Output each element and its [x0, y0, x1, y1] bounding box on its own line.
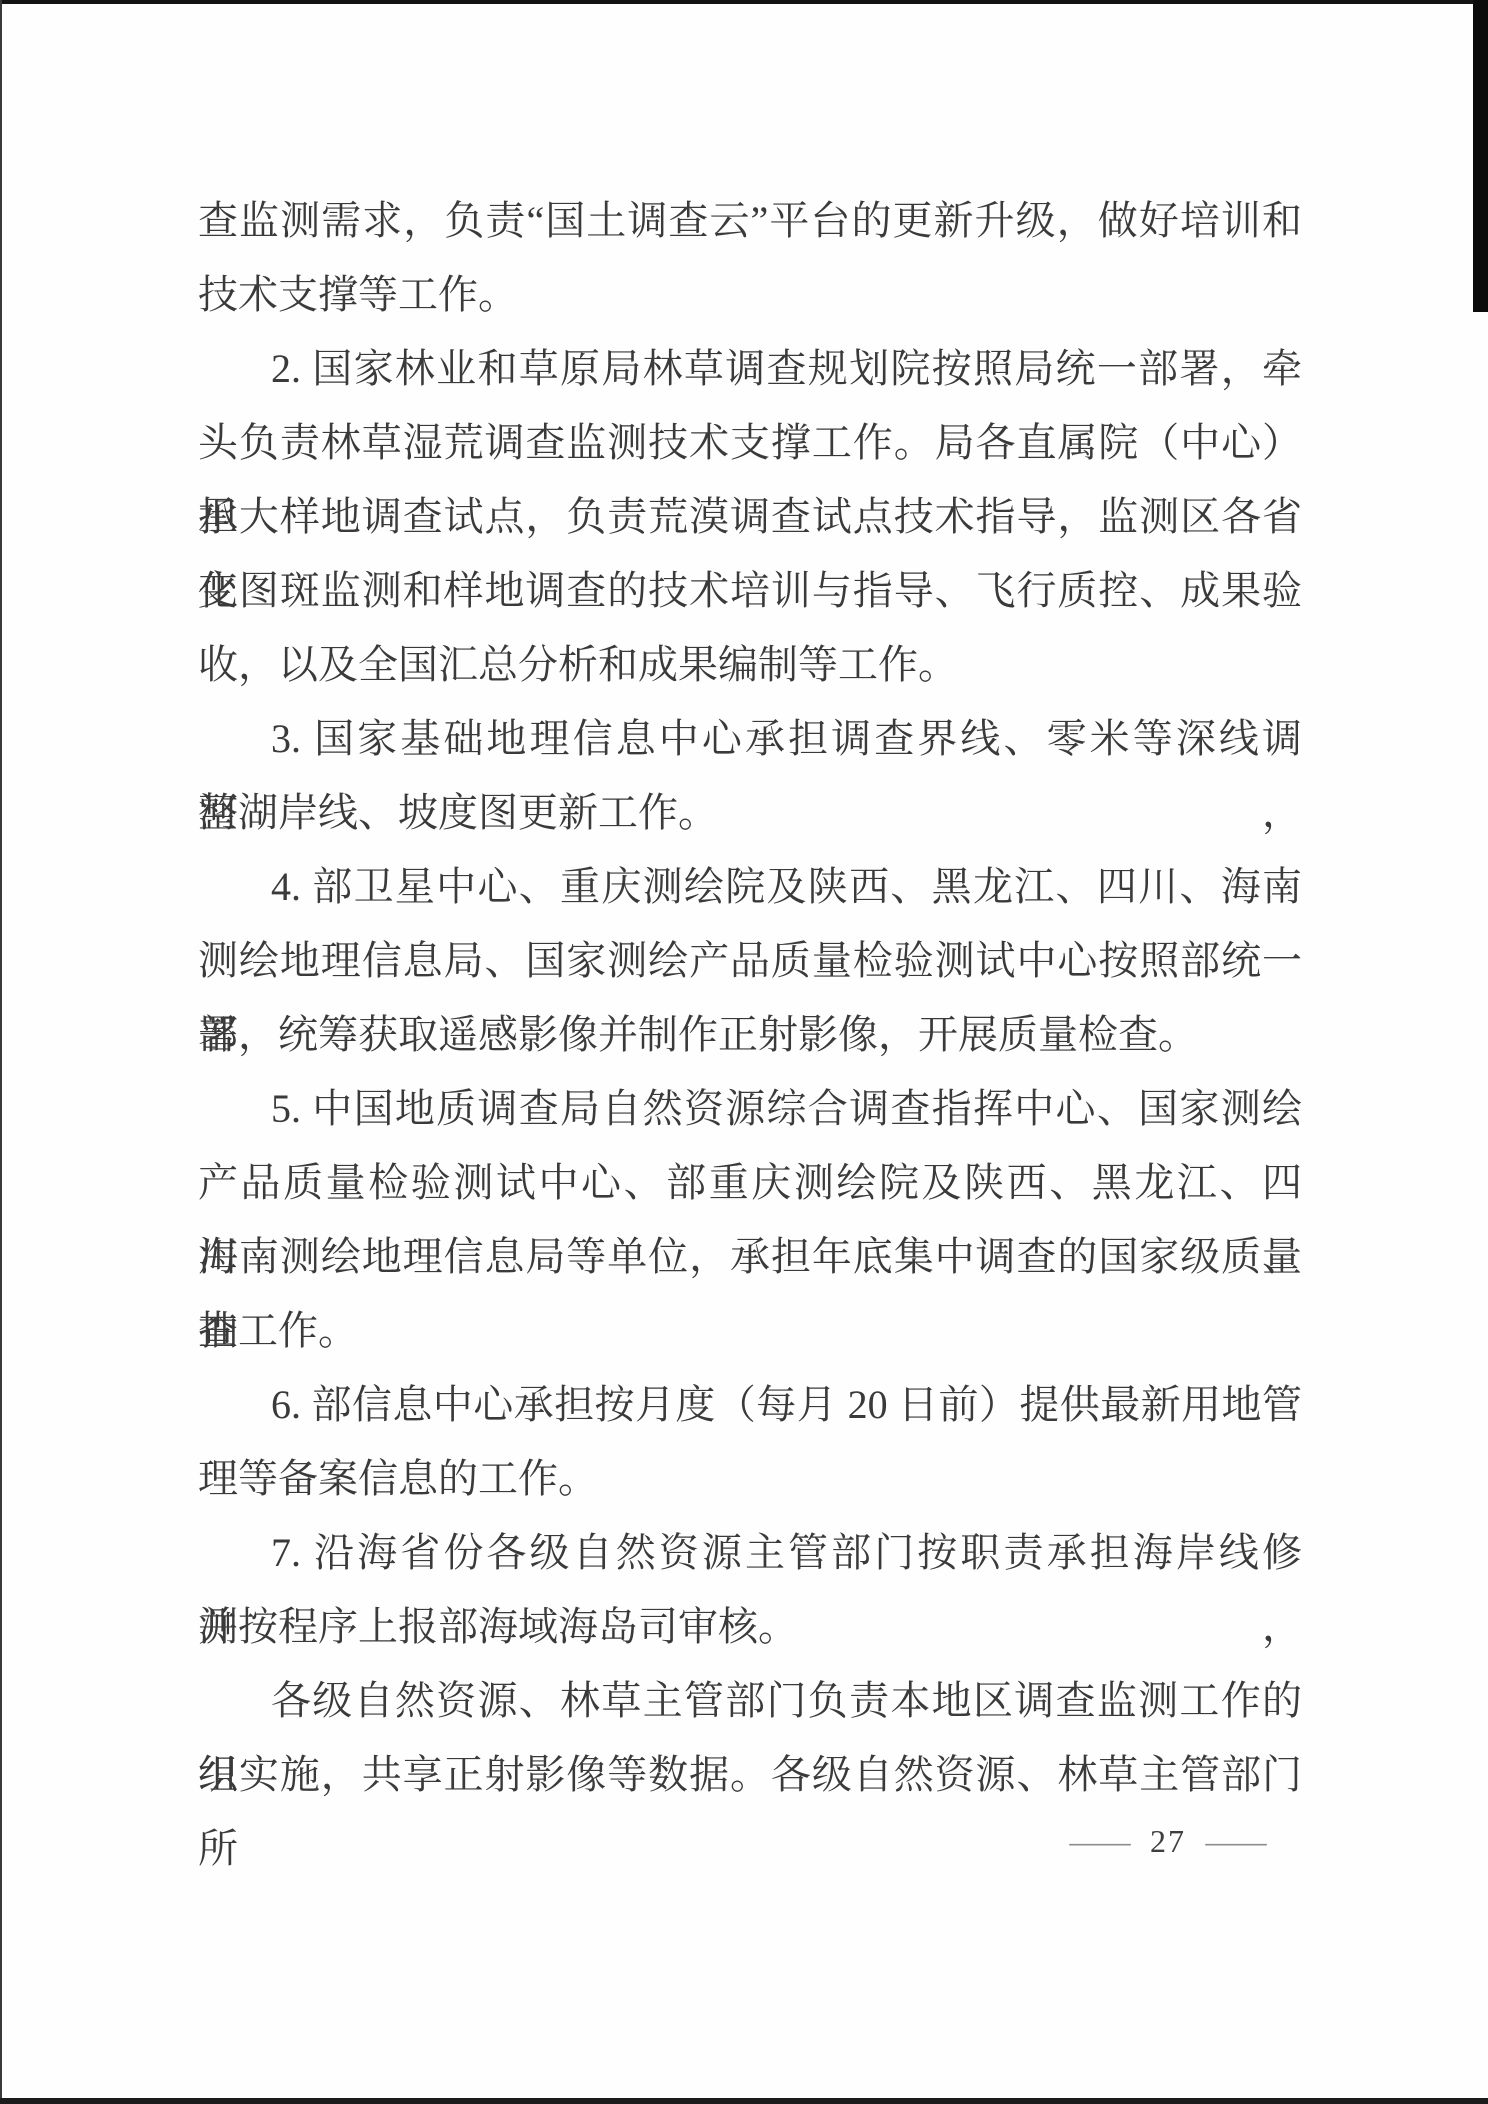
text-line: 4. 部卫星中心、重庆测绘院及陕西、黑龙江、四川、海南 [198, 850, 1302, 924]
text-line: 担大样地调查试点，负责荒漠调查试点技术指导，监测区各省变 [198, 480, 1302, 554]
page-number: 27 [1150, 1823, 1186, 1860]
scan-edge-right [1473, 0, 1488, 312]
text-line: 6. 部信息中心承担按月度（每月 20 日前）提供最新用地管 [198, 1368, 1302, 1442]
text-line: 署，统筹获取遥感影像并制作正射影像，开展质量检查。 [198, 998, 1302, 1072]
text-line: 理等备案信息的工作。 [198, 1442, 1302, 1516]
text-line: 查工作。 [198, 1294, 1302, 1368]
text-line: 3. 国家基础地理信息中心承担调查界线、零米等深线调整， [198, 702, 1302, 776]
text-line: 7. 沿海省份各级自然资源主管部门按职责承担海岸线修测， [198, 1516, 1302, 1590]
text-line: 头负责林草湿荒调查监测技术支撑工作。局各直属院（中心）承 [198, 406, 1302, 480]
text-line: 各级自然资源、林草主管部门负责本地区调查监测工作的组 [198, 1664, 1302, 1738]
text-line: 测绘地理信息局、国家测绘产品质量检验测试中心按照部统一部 [198, 924, 1302, 998]
text-line: 2. 国家林业和草原局林草调查规划院按照局统一部署，牵 [198, 332, 1302, 406]
text-line: 织实施，共享正射影像等数据。各级自然资源、林草主管部门所 [198, 1738, 1302, 1812]
scan-edge-left [0, 0, 2, 2104]
scan-edge-top [0, 0, 1488, 4]
footer-dash-right: — [1206, 1823, 1267, 1860]
text-line: 查监测需求，负责“国土调查云”平台的更新升级，做好培训和 [198, 184, 1302, 258]
text-line: 收，以及全国汇总分析和成果编制等工作。 [198, 628, 1302, 702]
text-line: 技术支撑等工作。 [198, 258, 1302, 332]
text-line: 化图斑监测和样地调查的技术培训与指导、飞行质控、成果验 [198, 554, 1302, 628]
text-line: 海南测绘地理信息局等单位，承担年底集中调查的国家级质量抽 [198, 1220, 1302, 1294]
text-line: 5. 中国地质调查局自然资源综合调查指挥中心、国家测绘 [198, 1072, 1302, 1146]
scan-edge-bottom [0, 2098, 1488, 2104]
document-page: 查监测需求，负责“国土调查云”平台的更新升级，做好培训和技术支撑等工作。2. 国… [0, 0, 1488, 2104]
text-line: 产品质量检验测试中心、部重庆测绘院及陕西、黑龙江、四川、 [198, 1146, 1302, 1220]
footer-dash-left: — [1070, 1823, 1131, 1860]
page-footer: — 27 — [1084, 1820, 1252, 1862]
body-text: 查监测需求，负责“国土调查云”平台的更新升级，做好培训和技术支撑等工作。2. 国… [198, 184, 1302, 1812]
